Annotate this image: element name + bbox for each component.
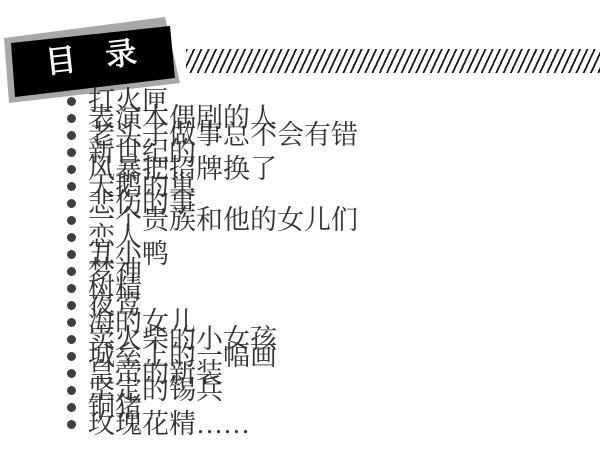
bullet-icon [67,318,76,327]
toc-item: 玫瑰花精…… [67,416,358,433]
bullet-icon [67,420,76,429]
bullet-icon [67,301,76,310]
bullet-icon [67,148,76,157]
bullet-icon [67,267,76,276]
bullet-icon [67,284,76,293]
slide: 目 录 打火匣 表演木偶剧的人 老头子做事总不会有错 新世纪的 [0,0,600,450]
bullet-icon [67,335,76,344]
bullet-icon [67,233,76,242]
bullet-icon [67,250,76,259]
bullet-icon [67,216,76,225]
bullet-icon [67,131,76,140]
bullet-icon [67,182,76,191]
bullet-icon [67,403,76,412]
bullet-icon [67,352,76,361]
hatch-stripes-decoration [186,49,600,73]
bullet-icon [67,114,76,123]
bullet-icon [67,165,76,174]
bullet-icon [67,369,76,378]
bullet-icon [67,199,76,208]
toc-list: 打火匣 表演木偶剧的人 老头子做事总不会有错 新世纪的 风暴把招牌换了 [67,93,358,433]
bullet-icon [67,97,76,106]
bullet-icon [67,386,76,395]
toc-item-label: 玫瑰花精…… [88,411,250,438]
